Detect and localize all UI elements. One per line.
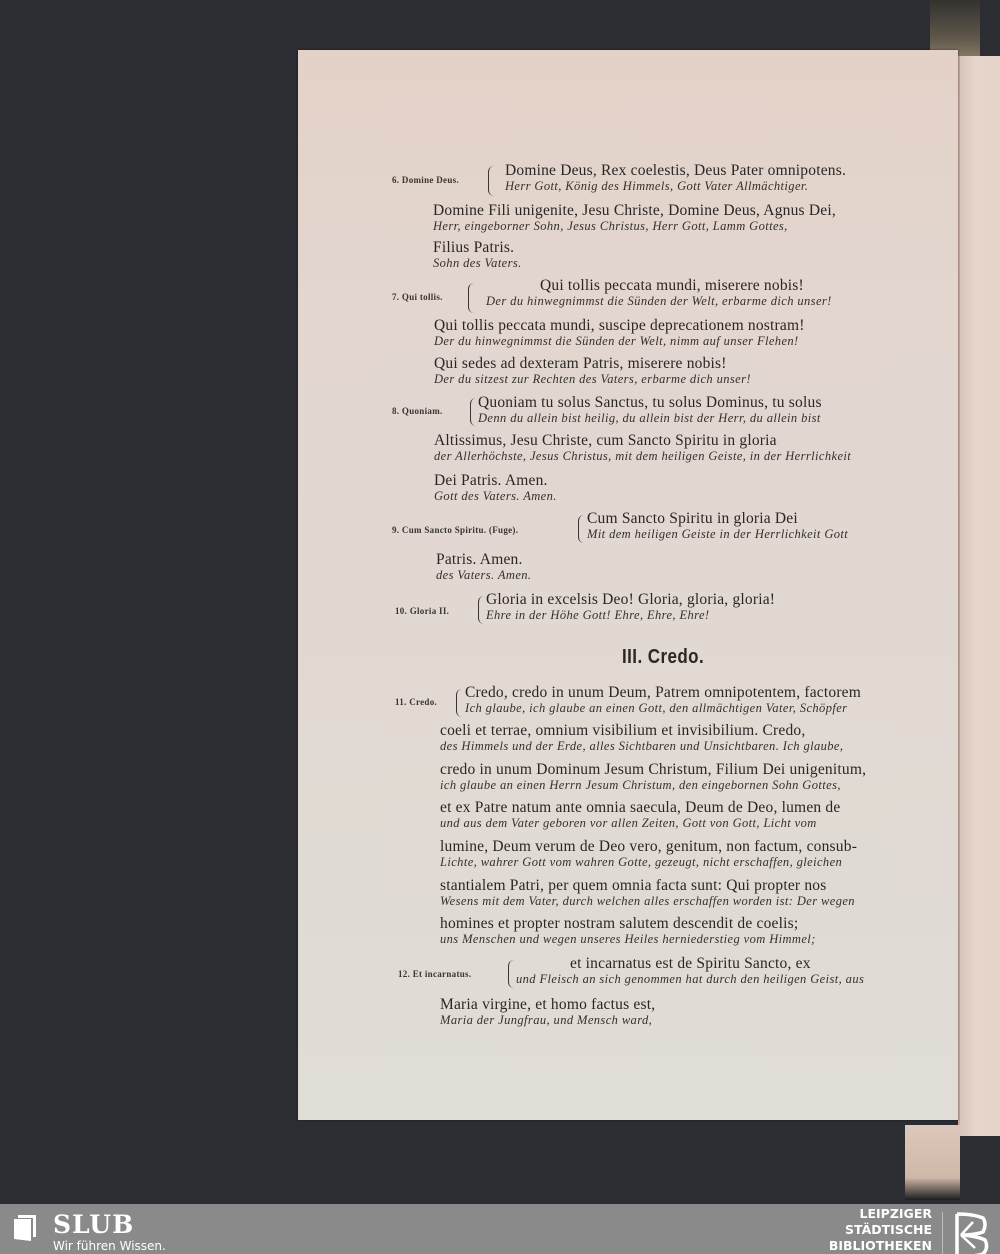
german-text: Ich glaube, ich glaube an einen Gott, de… [465,701,847,716]
adjacent-page-edge [958,56,1000,1136]
divider [942,1212,943,1254]
german-text: ich glaube an einen Herrn Jesum Christum… [440,778,841,793]
lsb-brand-line: STÄDTISCHE [829,1222,932,1238]
lsb-brand-line: BIBLIOTHEKEN [829,1238,932,1254]
section-label: 7. Qui tollis. [392,292,443,302]
latin-text: Patris. Amen. [436,551,523,569]
german-text: Mit dem heiligen Geiste in der Herrlichk… [587,527,848,542]
brace [488,166,495,196]
german-text: Gott des Vaters. Amen. [434,489,557,504]
latin-text: Qui tollis peccata mundi, miserere nobis… [540,277,804,295]
section-label: 12. Et incarnatus. [398,969,471,979]
latin-text: Maria virgine, et homo factus est, [440,996,655,1014]
latin-text: coeli et terrae, omnium visibilium et in… [440,722,805,740]
book-spine-bottom [905,1125,960,1200]
section-label: 6. Domine Deus. [392,175,459,185]
german-text: und aus dem Vater geboren vor allen Zeit… [440,816,817,831]
brace [578,515,585,543]
latin-text: Filius Patris. [433,239,514,257]
latin-text: Qui sedes ad dexteram Patris, miserere n… [434,355,727,373]
german-text: Denn du allein bist heilig, du allein bi… [478,411,821,426]
section-heading: III. Credo. [622,646,704,669]
german-text: Herr, eingeborner Sohn, Jesus Christus, … [433,219,788,234]
latin-text: Dei Patris. Amen. [434,472,548,490]
lsb-brand-line: LEIPZIGER [829,1206,932,1222]
latin-text: Quoniam tu solus Sanctus, tu solus Domin… [478,394,822,412]
latin-text: Gloria in excelsis Deo! Gloria, gloria, … [486,591,775,609]
slub-tagline: Wir führen Wissen. [53,1239,166,1253]
latin-text: Altissimus, Jesu Christe, cum Sancto Spi… [434,432,777,450]
german-text: Lichte, wahrer Gott vom wahren Gotte, ge… [440,855,842,870]
lsb-brand[interactable]: LEIPZIGER STÄDTISCHE BIBLIOTHEKEN [829,1206,932,1254]
brace [478,596,485,624]
german-text: der Allerhöchste, Jesus Christus, mit de… [434,449,851,464]
german-text: Der du hinwegnimmst die Sünden der Welt,… [486,294,832,309]
lsb-logo-icon [953,1212,991,1254]
section-label: 8. Quoniam. [392,406,443,416]
german-text: des Vaters. Amen. [436,568,531,583]
latin-text: Cum Sancto Spiritu in gloria Dei [587,510,798,528]
latin-text: et incarnatus est de Spiritu Sancto, ex [570,955,811,973]
footer-bar: SLUB Wir führen Wissen. LEIPZIGER STÄDTI… [0,1204,1000,1254]
brace [456,689,463,717]
latin-text: stantialem Patri, per quem omnia facta s… [440,877,827,895]
section-label: 11. Credo. [395,697,437,707]
latin-text: Domine Fili unigenite, Jesu Christe, Dom… [433,202,836,220]
brace [468,283,475,313]
section-label: 10. Gloria II. [395,606,449,616]
latin-text: Qui tollis peccata mundi, suscipe deprec… [434,317,805,335]
german-text: Sohn des Vaters. [433,256,522,271]
latin-text: Credo, credo in unum Deum, Patrem omnipo… [465,684,861,702]
latin-text: lumine, Deum verum de Deo vero, genitum,… [440,838,857,856]
german-text: Wesens mit dem Vater, durch welchen alle… [440,894,855,909]
german-text: Der du hinwegnimmst die Sünden der Welt,… [434,334,799,349]
latin-text: credo in unum Dominum Jesum Christum, Fi… [440,761,866,779]
slub-brand[interactable]: SLUB [53,1210,134,1239]
slub-logo-icon [14,1213,38,1241]
german-text: Ehre in der Höhe Gott! Ehre, Ehre, Ehre! [486,608,709,623]
latin-text: homines et propter nostram salutem desce… [440,915,798,933]
german-text: und Fleisch an sich genommen hat durch d… [516,972,864,987]
brace [470,398,477,426]
german-text: Herr Gott, König des Himmels, Gott Vater… [505,179,808,194]
latin-text: et ex Patre natum ante omnia saecula, De… [440,799,840,817]
german-text: Maria der Jungfrau, und Mensch ward, [440,1013,652,1028]
german-text: uns Menschen und wegen unseres Heiles he… [440,932,816,947]
german-text: Der du sitzest zur Rechten des Vaters, e… [434,372,751,387]
section-label: 9. Cum Sancto Spiritu. (Fuge). [392,525,518,535]
latin-text: Domine Deus, Rex coelestis, Deus Pater o… [505,162,846,180]
german-text: des Himmels und der Erde, alles Sichtbar… [440,739,843,754]
brace [508,960,515,988]
